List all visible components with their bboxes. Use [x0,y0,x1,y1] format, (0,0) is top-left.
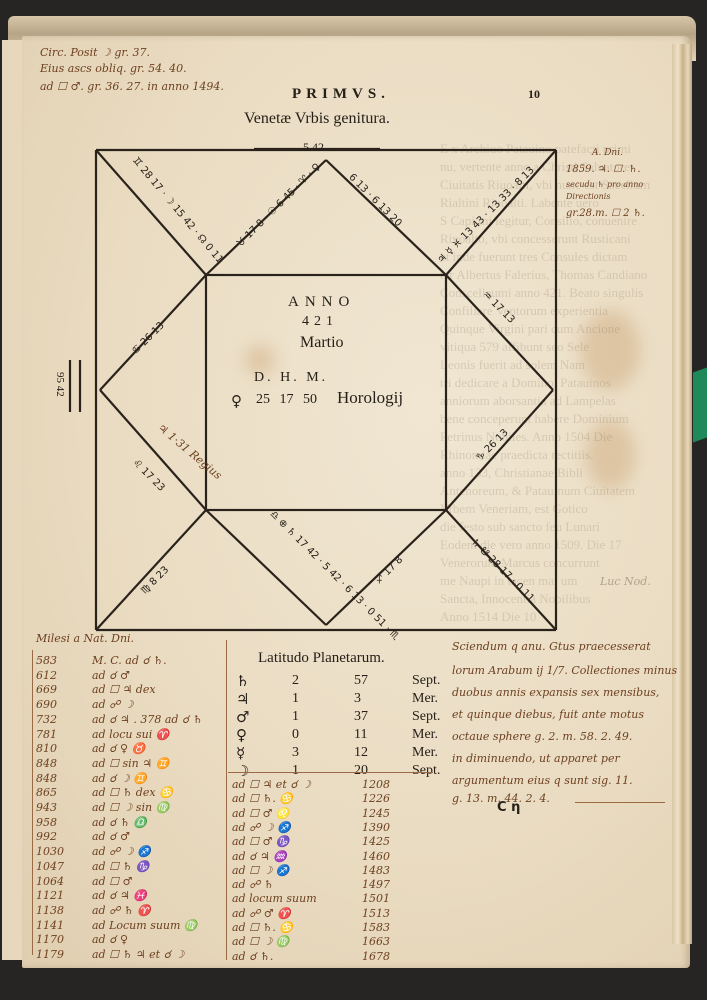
handwritten-entry: ad ☐ ☽ ♍ [232,935,290,948]
handwritten-entry: 958 [36,816,57,829]
handwritten-entry: 1460 [362,850,390,863]
minutes: 12 [354,744,412,762]
minutes: 11 [354,726,412,744]
handwritten-line: secudu ♄ pro anno [566,180,643,189]
planet-symbol: ♀ [236,726,292,744]
table-row: ♀011Mer. [236,726,440,744]
handwritten-line: et quinque diebus, fuit ante motus [452,708,644,721]
handwritten-line: Sciendum q anu. Gtus praecesserat [452,640,651,653]
handwritten-entry: 1501 [362,892,390,905]
handwritten-entry: ad ☐ ♃ dex [92,683,156,696]
handwritten-entry: ad ☍ ☽ ♐ [232,821,291,834]
handwritten-entry: ad locu sui ♈ [92,728,169,741]
table-row: ♂137Sept. [236,708,440,726]
handwritten-entry: ad ☌ ♀ ♉ [92,742,145,755]
handwritten-line: Directionis [566,192,610,201]
planet-symbol: ☿ [236,744,292,762]
left-cusp-label: 95 42 [54,372,66,397]
handwritten-entry: 1170 [36,933,64,946]
handwritten-entry: ad ☌ ☽ ♊ [92,772,147,785]
handwritten-entry: 781 [36,728,57,741]
handwritten-entry: ad ☐ ☽ sin ♍ [92,801,169,814]
handwritten-entry: 612 [36,669,57,682]
handwritten-entry: 1425 [362,835,390,848]
handwritten-entry: ad ☐ ♃ et ☌ ☽ [232,778,311,791]
handwritten-entry: ad ☌ ♂ [92,830,130,843]
handwritten-entry: ad ☐ ♄ ♃ et ☌ ☽ [92,948,184,961]
degrees: 3 [292,744,354,762]
handwritten-line: argumentum eius q sunt sig. 11. [452,774,633,787]
handwritten-line: duobus annis expansis sex mensibus, [452,686,659,699]
handwritten-entry: 1121 [36,889,64,902]
table-row: ♃13Mer. [236,690,440,708]
handwritten-entry: 1663 [362,935,390,948]
minutes: 3 [354,690,412,708]
handwritten-entry: 1179 [36,948,64,961]
top-cusp-label: 5 42 [303,140,324,155]
handwritten-line: in diminuendo, ut apparet per [452,752,620,765]
handwritten-entry: 1245 [362,807,390,820]
handwritten-entry: ad ☍ ☽ [92,698,134,711]
handwritten-entry: ad ☌ ♃ ♓ [92,889,147,902]
handwritten-entry: 1208 [362,778,390,791]
handwritten-line: Eius ascs obliq. gr. 54. 40. [40,62,187,75]
handwritten-entry: 1513 [362,907,390,920]
direction: Mer. [412,690,440,708]
faint-note: Luc Nod. [600,575,651,588]
minutes: 57 [354,672,412,690]
direction: Mer. [412,726,440,744]
handwritten-entry: ad ☌ ♄ ♎ [92,816,147,829]
handwritten-entry: 1138 [36,904,64,917]
ink-rule [228,772,433,773]
anno-label: ANNO [288,294,355,311]
handwritten-entry: 848 [36,772,57,785]
handwritten-entry: 1141 [36,919,64,932]
handwritten-entry: 1030 [36,845,64,858]
planet-symbol: ♂ [236,708,292,726]
venus-symbol: ♀ [231,392,242,410]
handwritten-entry: 1064 [36,875,64,888]
handwritten-entry: 1047 [36,860,64,873]
handwritten-entry: ad ☐ sin ♃ ♊ [92,757,169,770]
handwritten-entry: ad ☐ ♄ dex ♋ [92,786,173,799]
handwritten-line: gr.28.m. ☐ 2 ♄. [566,208,645,219]
handwritten-entry: ad ☐ ♂ ♑ [232,835,290,848]
direction: Sept. [412,672,440,690]
handwritten-entry: 1390 [362,821,390,834]
month-label: Martio [300,334,344,352]
handwritten-entry: ad ☐ ♄ ♑ [92,860,150,873]
handwritten-entry: 943 [36,801,57,814]
handwritten-entry: 1483 [362,864,390,877]
handwritten-entry: ad ☍ ♄ ♈ [92,904,151,917]
handwritten-entry: ad ☍ ♄ [232,878,274,891]
direction: Mer. [412,744,440,762]
degrees: 1 [292,690,354,708]
handwritten-entry: ad ☌ ♄. [232,950,273,963]
handwritten-entry: 992 [36,830,57,843]
direction: Sept. [412,762,440,780]
handwritten-line: octaue sphere g. 2. m. 58. 2. 49. [452,730,632,743]
table-row: ☿312Mer. [236,744,440,762]
handwritten-entry: ad ☌ ♃ . 378 ad ☌ ♄ [92,713,203,726]
handwritten-entry: ad ☍ ♂ ♈ [232,907,291,920]
degrees: 0 [292,726,354,744]
latitude-table: ♄257Sept. ♃13Mer. ♂137Sept. ♀011Mer. ☿31… [236,672,440,780]
degrees: 1 [292,708,354,726]
handwritten-entry: 583 [36,654,57,667]
handwritten-entry: ad ☐ ♂ ♌ [232,807,290,820]
handwritten-line: A. Dni. [592,148,623,158]
handwritten-entry: ad locum suum [232,892,317,905]
ink-rule [32,650,33,955]
handwritten-entry: ad ☐ ♂ [92,875,132,888]
handwritten-line: Circ. Posit ☽ gr. 37. [40,46,150,59]
dhm-values: 25 17 50 [256,392,317,408]
handwritten-entry: 848 [36,757,57,770]
handwritten-entry: ad ☌ ♀ [92,933,128,946]
handwritten-entry: 810 [36,742,57,755]
handwritten-entry: M. C. ad ☌ ♄. [92,654,167,667]
handwritten-entry: ad Locum suum ♍ [92,919,198,932]
handwritten-line: 1859. ♃. ☐. ♄. [566,164,641,175]
handwritten-entry: ad ☐ ♄. ♋ [232,921,293,934]
dhm-label: D. H. M. [254,370,328,386]
handwritten-entry: 669 [36,683,57,696]
handwritten-entry: 1497 [362,878,390,891]
degrees: 2 [292,672,354,690]
handwritten-entry: ad ☌ ♂ [92,669,130,682]
handwritten-entry: 1583 [362,921,390,934]
latitude-table-title: Latitudo Planetarum. [258,650,385,667]
handwritten-line: ad ☐ ♂. gr. 36. 27. in anno 1494. [40,80,224,93]
handwritten-entry: 1226 [362,792,390,805]
ink-rule [226,640,227,960]
handwritten-entry: ad ☐ ☽ ♐ [232,864,290,877]
horologii-label: Horologij [337,388,403,408]
handwritten-entry: 865 [36,786,57,799]
handwritten-entry: 690 [36,698,57,711]
handwritten-line: g. 13. m. 44. 2. 4. [452,792,550,805]
year-value: 421 [302,314,338,330]
handwritten-entry: ad ☌ ♃ ♒ [232,850,287,863]
planet-symbol: ♄ [236,672,292,690]
minutes: 37 [354,708,412,726]
planet-symbol: ♃ [236,690,292,708]
handwritten-entry: ad ☍ ☽ ♐ [92,845,151,858]
ink-underline [575,802,665,803]
handwritten-entry: 732 [36,713,57,726]
handwritten-line: lorum Arabum ij 1/7. Collectiones minus [452,664,677,677]
table-row: ♄257Sept. [236,672,440,690]
direction: Sept. [412,708,440,726]
handwritten-heading: Milesi a Nat. Dni. [36,632,134,645]
handwritten-entry: ad ☐ ♄. ♋ [232,792,293,805]
handwritten-entry: 1678 [362,950,390,963]
